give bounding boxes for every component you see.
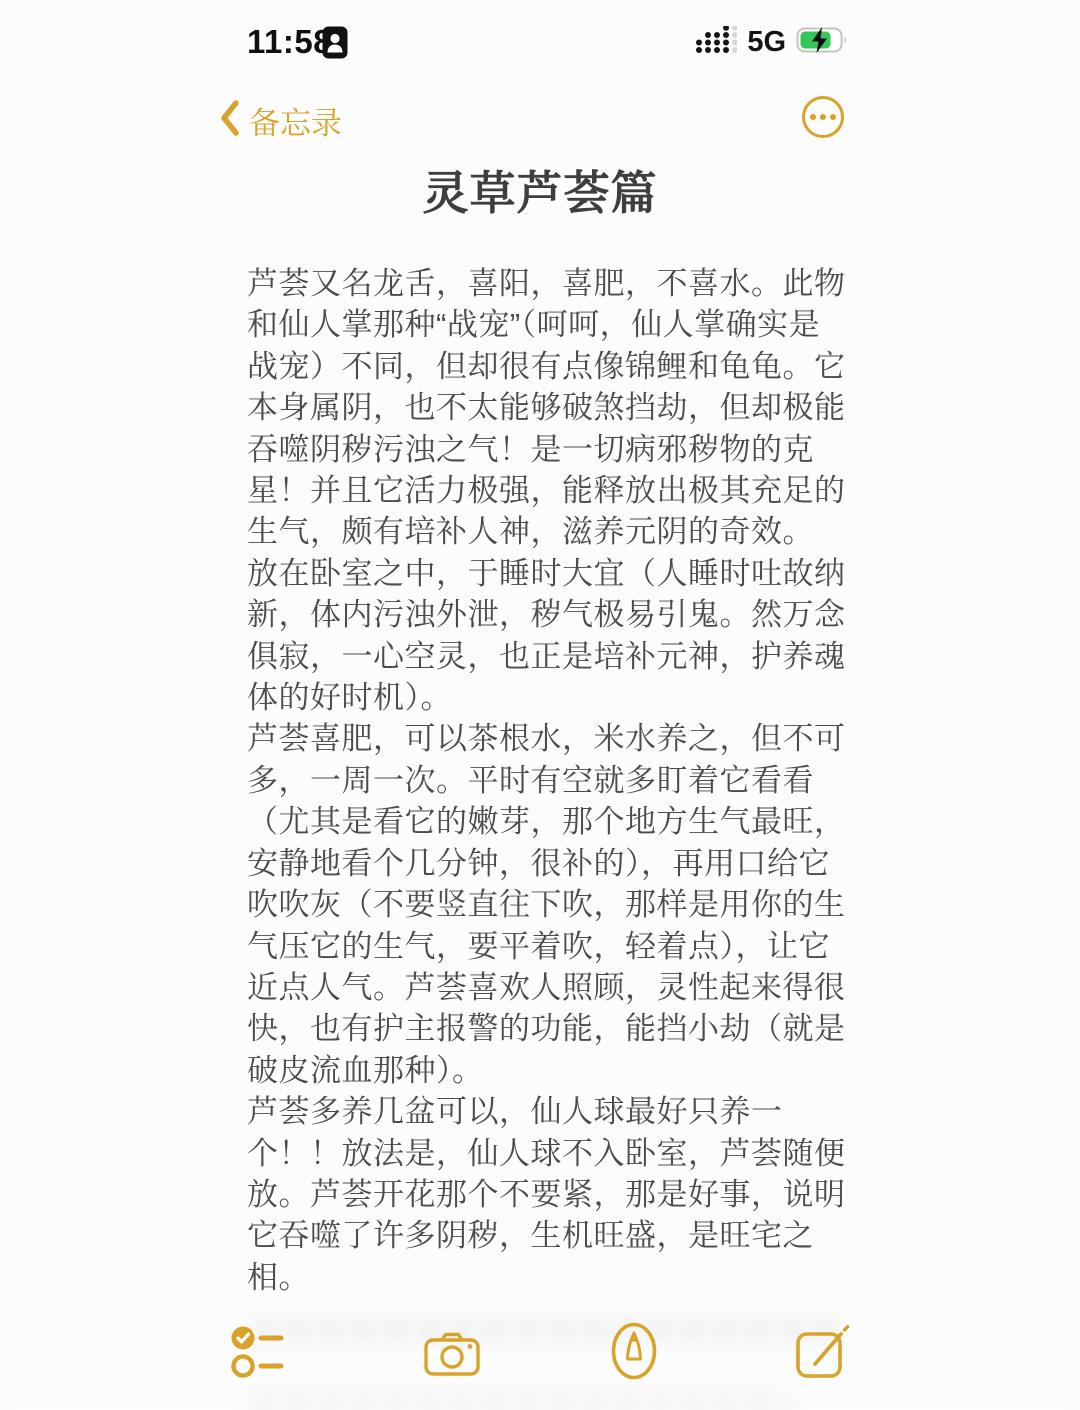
toolbar-frosted-background: [0, 1306, 1080, 1410]
ellipsis-circle-icon: [810, 114, 836, 120]
checklist-icon: [230, 1367, 288, 1384]
network-type-label: 5G: [747, 26, 786, 59]
more-options-button[interactable]: [802, 96, 844, 138]
status-time: 11:58: [247, 23, 332, 61]
compose-icon: [796, 1367, 854, 1384]
back-button[interactable]: 备忘录: [220, 98, 342, 143]
notes-app-screen: 11:58 5G: [0, 0, 1080, 1410]
status-right-cluster: 5G: [695, 26, 848, 59]
back-button-label: 备忘录: [249, 98, 342, 143]
camera-icon: [424, 1363, 480, 1380]
cellular-signal-icon: [695, 26, 737, 59]
chevron-left-icon: [220, 100, 240, 141]
person-badge-icon: [322, 26, 348, 64]
note-body-text[interactable]: 芦荟又名龙舌，喜阳，喜肥，不喜水。此物 和仙人掌那种“战宠”（呵呵，仙人掌确实是…: [247, 263, 853, 1298]
camera-button[interactable]: [424, 1332, 480, 1376]
compose-button[interactable]: [796, 1324, 854, 1380]
battery-charging-icon: [796, 26, 848, 59]
markup-button[interactable]: [610, 1322, 658, 1380]
checklist-button[interactable]: [230, 1324, 288, 1380]
note-title[interactable]: 灵草芦荟篇: [0, 157, 1080, 223]
markup-pen-icon: [610, 1367, 658, 1384]
